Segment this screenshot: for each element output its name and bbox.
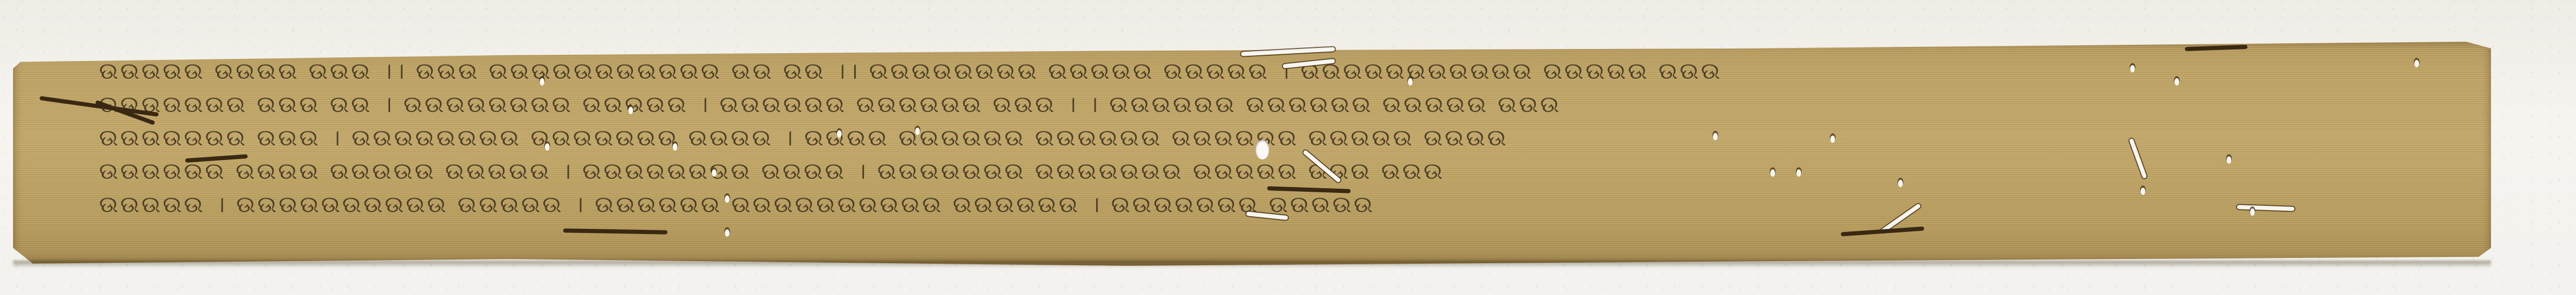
bore-hole — [2174, 78, 2179, 85]
bore-hole — [545, 143, 550, 151]
bore-hole — [915, 128, 920, 135]
bore-hole — [1713, 133, 1718, 140]
manuscript-line-5: ଉଉଉଉଉ । ଉଉଉଉଉଉଉଉଉଉ ଉଉଉଉଉ । ଉଉଉଉଉଉ ଉଉଉଉଉଉ… — [99, 191, 2477, 218]
bore-hole — [725, 229, 730, 237]
bore-hole — [837, 130, 842, 138]
bore-hole — [712, 169, 716, 177]
bore-hole — [2227, 156, 2231, 164]
manuscript-text-block: ଉଉଉଉଉ ଉଉଉଉ ଉଉଉ ।। ଉଉଉ ଉଉଉଉଉଉଉଉଉଉଉ ଉଉ ଉଉ … — [99, 57, 2477, 245]
binding-hole — [1256, 140, 1269, 159]
bore-hole — [2130, 65, 2135, 72]
bore-hole — [1408, 78, 1413, 85]
bore-hole — [1830, 136, 1835, 143]
bore-hole — [540, 78, 544, 85]
bore-hole — [1796, 169, 1801, 177]
manuscript-line-1: ଉଉଉଉଉ ଉଉଉଉ ଉଉଉ ।। ଉଉଉ ଉଉଉଉଉଉଉଉଉଉଉ ଉଉ ଉଉ … — [99, 57, 2477, 84]
bore-hole — [628, 107, 633, 114]
bore-hole — [2250, 208, 2255, 216]
bore-hole — [2414, 60, 2419, 67]
manuscript-line-4: ଉଉଉଉଉଉ ଉଉଉଉ ଉଉଉଉଉ ଉଉଉଉଉ । ଉଉଉଉଉଉଉଉ ଉଉଉଉ … — [99, 157, 2477, 185]
leaf-shadow — [13, 261, 2491, 268]
bore-hole — [673, 143, 677, 151]
manuscript-line-3: ଉଉଉଉଉଉଉ ଉଉଉ । ଉଉଉଉଉଉଉଉ ଉଉଉଉଉଉଉ ଉଉଉଉ । ଉଉ… — [99, 124, 2477, 151]
bore-hole — [725, 195, 730, 203]
bore-hole — [1898, 180, 1903, 187]
bore-hole — [2141, 188, 2145, 195]
bore-hole — [1770, 169, 1775, 177]
manuscript-line-2: ଉଉଉଉଉଉଉ ଉଉଉ ଉଉ । ଉଉଉଉଉଉଉଉ ଉଉଉଉଉ । ଉଉଉଉଉଉ… — [99, 91, 2477, 118]
